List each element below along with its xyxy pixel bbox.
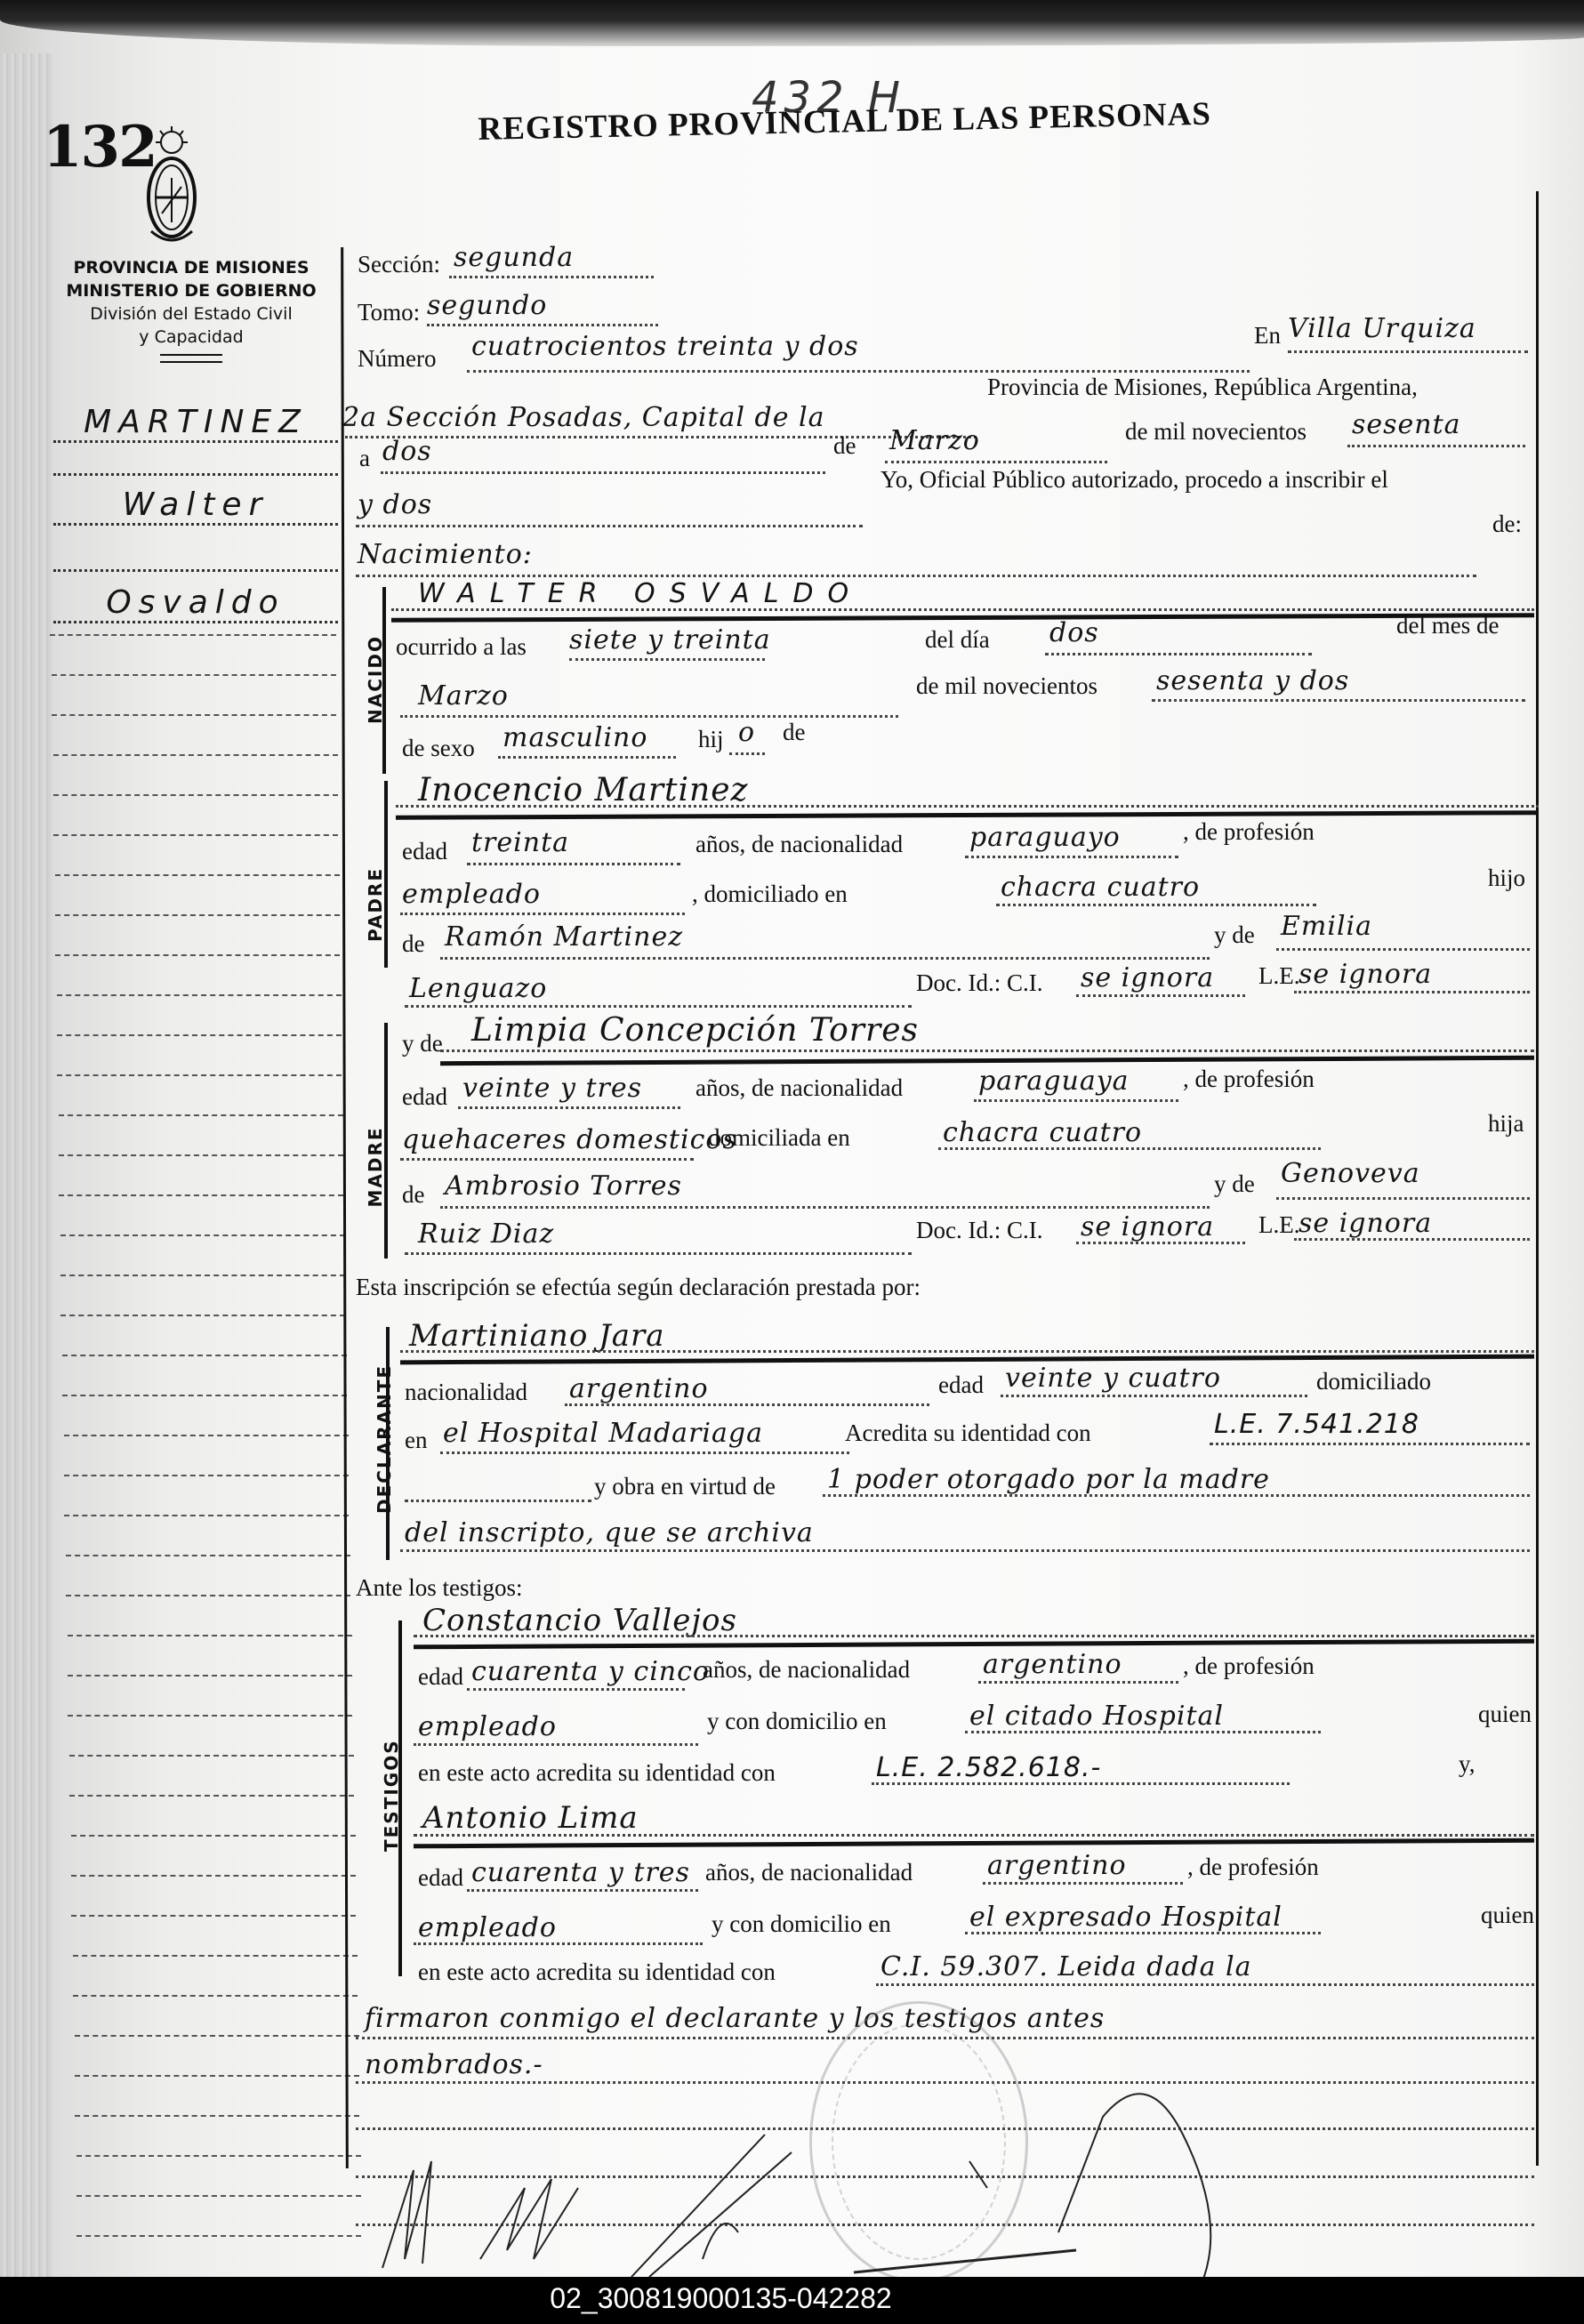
field-dots: [440, 1451, 849, 1454]
field-dots: [1276, 1197, 1530, 1200]
hij-value: o: [738, 717, 755, 748]
field-dots: [414, 1743, 698, 1746]
numero-label: Número: [358, 345, 436, 373]
agency-block: PROVINCIA DE MISIONES MINISTERIO DE GOBI…: [44, 256, 338, 363]
book-binding: [0, 53, 53, 2277]
place-value: 2a Sección Posadas, Capital de la: [342, 402, 825, 433]
witness-2-quien-label: quien: [1481, 1902, 1534, 1929]
act-type: Nacimiento:: [358, 539, 533, 570]
field-dots: [978, 1681, 1178, 1684]
field-dots: [405, 1252, 912, 1255]
signatures: [347, 2081, 1414, 2277]
madre-nacionalidad-value: paraguaya: [978, 1066, 1130, 1097]
field-dots: [983, 1882, 1183, 1885]
agency-ministry: MINISTERIO DE GOBIERNO: [44, 279, 338, 302]
madre-de-label: de: [402, 1181, 424, 1209]
margin-first-name: Walter: [53, 487, 338, 526]
madre-label: MADRE: [365, 1122, 386, 1211]
declarante-en-label: en: [405, 1427, 427, 1454]
en-value: Villa Urquiza: [1288, 313, 1476, 344]
field-dots: [449, 276, 654, 278]
witness-1-nacionalidad-label: años, de nacionalidad: [703, 1656, 910, 1684]
margin-surname: MARTINEZ: [53, 405, 338, 443]
padre-label: PADRE: [365, 860, 386, 949]
form-left-border: [341, 247, 349, 2168]
field-dots: [965, 1731, 1321, 1733]
field-dots: [356, 525, 863, 527]
witness-1-domicilio-label: y con domicilio en: [707, 1708, 887, 1735]
officer-text: Yo, Oficial Público autorizado, procedo …: [880, 466, 1388, 494]
nacido-day-value: dos: [1049, 617, 1099, 648]
field-dots: [400, 1158, 694, 1161]
witness-2-edad-value: cuarenta y tres: [471, 1857, 690, 1888]
field-dots: [345, 436, 977, 438]
section-divider: [400, 1355, 1534, 1365]
field-dots: [440, 957, 1210, 960]
section-divider: [396, 810, 1539, 820]
field-dots: [823, 1494, 1530, 1497]
mother-of-father-cont: Lenguazo: [409, 973, 547, 1004]
de-colon: de:: [1492, 511, 1522, 538]
seccion-value: segunda: [454, 242, 574, 273]
witness-2-edad-label: edad: [418, 1864, 463, 1892]
madre-edad-value: veinte y tres: [462, 1073, 642, 1104]
field-dots: [1347, 445, 1525, 447]
tomo-label: Tomo:: [358, 299, 420, 326]
field-dots: [467, 1889, 698, 1892]
field-dots: [876, 1983, 1534, 1986]
field-dots: [1076, 994, 1245, 997]
nacido-month-value: Marzo: [418, 680, 509, 712]
padre-profesion-value: empleado: [402, 879, 541, 910]
padre-y-de-label: y de: [1214, 921, 1255, 949]
padre-profesion-label: , de profesión: [1183, 818, 1315, 846]
field-dots: [1001, 1395, 1307, 1397]
field-dots: [938, 1147, 1321, 1150]
tomo-value: segundo: [427, 290, 547, 321]
nacido-name: WALTER OSVALDO: [418, 578, 863, 609]
madre-profesion-label: , de profesión: [1183, 1066, 1315, 1093]
mother-of-father: Emilia: [1281, 911, 1372, 942]
father-of-mother: Ambrosio Torres: [445, 1170, 682, 1202]
field-dots: [440, 1049, 1534, 1052]
madre-nacionalidad-label: años, de nacionalidad: [696, 1074, 903, 1102]
witness-1-name: Constancio Vallejos: [422, 1603, 737, 1638]
field-dots: [381, 471, 825, 474]
witness-2-domicilio-label: y con domicilio en: [712, 1910, 891, 1938]
field-dots: [467, 370, 1250, 373]
del-mes-label: del mes de: [1396, 612, 1499, 639]
numero-value: cuatrocientos treinta y dos: [471, 331, 859, 362]
margin-rule: [53, 473, 338, 476]
padre-name: Inocencio Martinez: [418, 772, 749, 808]
section-divider: [440, 1056, 1534, 1066]
field-dots: [414, 1635, 1534, 1637]
madre-profesion-value: quehaceres domesticos: [402, 1124, 737, 1155]
padre-le-label: L.E.: [1258, 962, 1300, 990]
field-dots: [414, 1834, 1534, 1837]
declarante-label: DECLARANTE: [374, 1389, 395, 1514]
field-dots: [996, 904, 1316, 906]
page-fold-shadow: [0, 0, 1584, 46]
witness-1-acredita-label: en este acto acredita su identidad con: [418, 1759, 776, 1787]
field-dots: [1152, 699, 1525, 702]
madre-domicilio-label: domiciliada en: [708, 1124, 850, 1152]
year-label: de mil novecientos: [1125, 418, 1307, 446]
witness-2-nacionalidad-value: argentino: [987, 1850, 1127, 1881]
field-dots: [729, 752, 765, 755]
witness-1-edad-value: cuarenta y cinco: [471, 1656, 710, 1687]
declaracion-text: Esta inscripción se efectúa según declar…: [356, 1274, 921, 1301]
agency-division: División del Estado Civil: [44, 302, 338, 326]
padre-domicilio-label: , domiciliado en: [692, 881, 848, 908]
field-dots: [965, 1932, 1321, 1934]
witness-2-profesion-label: , de profesión: [1187, 1854, 1319, 1881]
madre-y-de-label2: y de: [1214, 1170, 1255, 1198]
madre-le-label: L.E.: [1258, 1211, 1300, 1239]
nacido-de-label: de: [783, 719, 805, 746]
document-id: 02_300819000135-042282: [0, 2282, 1584, 2315]
declarante-obra-value: 1 poder otorgado por la madre: [827, 1464, 1270, 1495]
declarante-obra-label: y obra en virtud de: [594, 1473, 776, 1500]
section-divider: [414, 1838, 1534, 1849]
field-dots: [1045, 653, 1312, 655]
mother-of-mother-cont: Ruiz Diaz: [418, 1218, 554, 1250]
witness-2-domicilio-value: el expresado Hospital: [969, 1902, 1282, 1933]
witness-1-y-label: y,: [1459, 1750, 1475, 1778]
witness-1-profesion-label: , de profesión: [1183, 1653, 1315, 1680]
field-dots: [1288, 350, 1528, 353]
madre-doc-ci-value: se ignora: [1081, 1211, 1214, 1242]
field-dots: [400, 715, 898, 718]
witness-2-id-value: C.I. 59.307. Leida dada la: [880, 1951, 1251, 1982]
declarante-obra-value-cont: del inscripto, que se archiva: [405, 1517, 814, 1548]
witness-2-name: Antonio Lima: [422, 1800, 639, 1836]
witness-1-profesion-value: empleado: [418, 1711, 557, 1742]
field-dots: [1294, 1238, 1530, 1241]
del-dia-label: del día: [925, 626, 990, 654]
en-label: En: [1254, 322, 1281, 350]
day-value: dos: [382, 436, 432, 467]
witness-2-profesion-value: empleado: [418, 1912, 557, 1943]
field-dots: [974, 1099, 1178, 1102]
field-dots: [400, 1350, 1534, 1353]
field-dots: [458, 1106, 680, 1109]
closing-line-2: nombrados.-: [365, 2049, 543, 2080]
nacido-year-label: de mil novecientos: [916, 672, 1098, 700]
a-label: a: [359, 445, 370, 472]
madre-name: Limpia Concepción Torres: [471, 1012, 919, 1049]
field-dots: [356, 575, 1476, 577]
register-page: 132 432 H REGISTRO PROVINCIAL DE LAS PER…: [0, 0, 1584, 2277]
field-dots: [965, 856, 1178, 858]
margin-middle-name: Osvaldo: [53, 585, 338, 623]
sexo-label: de sexo: [402, 735, 475, 762]
declarante-edad-label: edad: [938, 1371, 984, 1399]
witness-1-edad-label: edad: [418, 1663, 463, 1691]
witness-1-nacionalidad-value: argentino: [983, 1649, 1122, 1680]
field-dots: [391, 608, 1534, 611]
agency-capacity: y Capacidad: [44, 326, 338, 349]
witness-1-id-value: L.E. 2.582.618.-: [876, 1752, 1101, 1783]
section-divider: [414, 1639, 1534, 1650]
padre-doc-le-value: se ignora: [1299, 959, 1432, 990]
hij-label: hij: [698, 726, 724, 753]
padre-doc-label: Doc. Id.: C.I.: [916, 969, 1042, 997]
field-dots: [1276, 948, 1530, 951]
year-value-cont: y dos: [358, 489, 432, 520]
declarante-domicilio-label: domiciliado: [1316, 1368, 1431, 1395]
madre-domicilio-value: chacra cuatro: [943, 1117, 1142, 1148]
padre-nacionalidad-label: años, de nacionalidad: [696, 831, 903, 858]
field-dots: [414, 1942, 703, 1945]
folio-number: 132: [43, 114, 157, 181]
declarante-acredita-label: Acredita su identidad con: [845, 1419, 1091, 1447]
padre-de-label: de: [402, 930, 424, 958]
madre-doc-label: Doc. Id.: C.I.: [916, 1217, 1042, 1244]
field-dots: [396, 805, 1539, 808]
declarante-id-value: L.E. 7.541.218: [1214, 1409, 1419, 1440]
field-dots: [498, 756, 676, 759]
declarante-nacionalidad-value: argentino: [569, 1373, 709, 1404]
witness-1-quien-label: quien: [1478, 1701, 1532, 1728]
declarante-edad-value: veinte y cuatro: [1005, 1363, 1221, 1394]
field-dots: [467, 1688, 685, 1691]
madre-hija-label: hija: [1488, 1110, 1524, 1138]
declarante-name: Martiniano Jara: [409, 1318, 665, 1354]
testigos-label: TESTIGOS: [381, 1745, 402, 1852]
padre-edad-label: edad: [402, 838, 447, 865]
field-dots: [872, 1782, 1290, 1785]
closing-line-1: firmaron conmigo el declarante y los tes…: [365, 2003, 1105, 2034]
section-divider: [391, 613, 1534, 623]
seccion-label: Sección:: [358, 251, 440, 278]
form-right-border: [1536, 191, 1539, 2166]
sexo-value: masculino: [503, 722, 647, 753]
padre-domicilio-value: chacra cuatro: [1001, 872, 1200, 903]
coat-of-arms-icon: [144, 125, 199, 249]
declarante-domicilio-value: el Hospital Madariaga: [443, 1418, 763, 1449]
field-dots: [405, 1500, 591, 1502]
margin-rule: [53, 569, 338, 572]
padre-nacionalidad-value: paraguayo: [969, 822, 1121, 853]
de-label: de: [833, 432, 856, 460]
field-dots: [1210, 1443, 1530, 1445]
madre-edad-label: edad: [402, 1083, 447, 1111]
field-dots: [1294, 991, 1530, 993]
father-of-father: Ramón Martinez: [445, 921, 683, 953]
field-dots: [565, 1403, 929, 1406]
nacido-year-value: sesenta y dos: [1156, 665, 1349, 696]
madre-doc-le-value: se ignora: [1299, 1208, 1432, 1239]
nacido-label: NACIDO: [365, 635, 386, 724]
field-dots: [569, 658, 765, 661]
padre-edad-value: treinta: [471, 827, 569, 858]
field-dots: [440, 1206, 1210, 1209]
field-dots: [400, 913, 685, 915]
declarante-nacionalidad-label: nacionalidad: [405, 1379, 527, 1406]
hour-value: siete y treinta: [569, 624, 771, 655]
field-dots: [467, 863, 680, 865]
testigos-intro: Ante los testigos:: [356, 1574, 523, 1602]
page-title: REGISTRO PROVINCIAL DE LAS PERSONAS: [478, 95, 1211, 149]
padre-hijo-label: hijo: [1488, 864, 1525, 892]
padre-doc-ci-value: se ignora: [1081, 962, 1214, 993]
place-suffix: Provincia de Misiones, República Argenti…: [987, 374, 1418, 401]
mother-of-mother: Genoveva: [1281, 1158, 1420, 1189]
ocurrido-label: ocurrido a las: [396, 633, 527, 661]
agency-double-rule: [160, 354, 222, 363]
field-dots: [405, 1005, 912, 1008]
agency-province: PROVINCIA DE MISIONES: [44, 256, 338, 279]
field-dots: [427, 324, 658, 326]
month-value: Marzo: [889, 425, 980, 456]
field-dots: [400, 1549, 1530, 1552]
witness-1-domicilio-value: el citado Hospital: [969, 1701, 1224, 1732]
year-value: sesenta: [1352, 409, 1461, 440]
field-dots: [1076, 1242, 1245, 1244]
witness-2-acredita-label: en este acto acredita su identidad con: [418, 1958, 776, 1986]
witness-2-nacionalidad-label: años, de nacionalidad: [705, 1859, 913, 1886]
madre-y-de-label: y de: [402, 1030, 443, 1057]
field-dots: [885, 461, 1107, 463]
